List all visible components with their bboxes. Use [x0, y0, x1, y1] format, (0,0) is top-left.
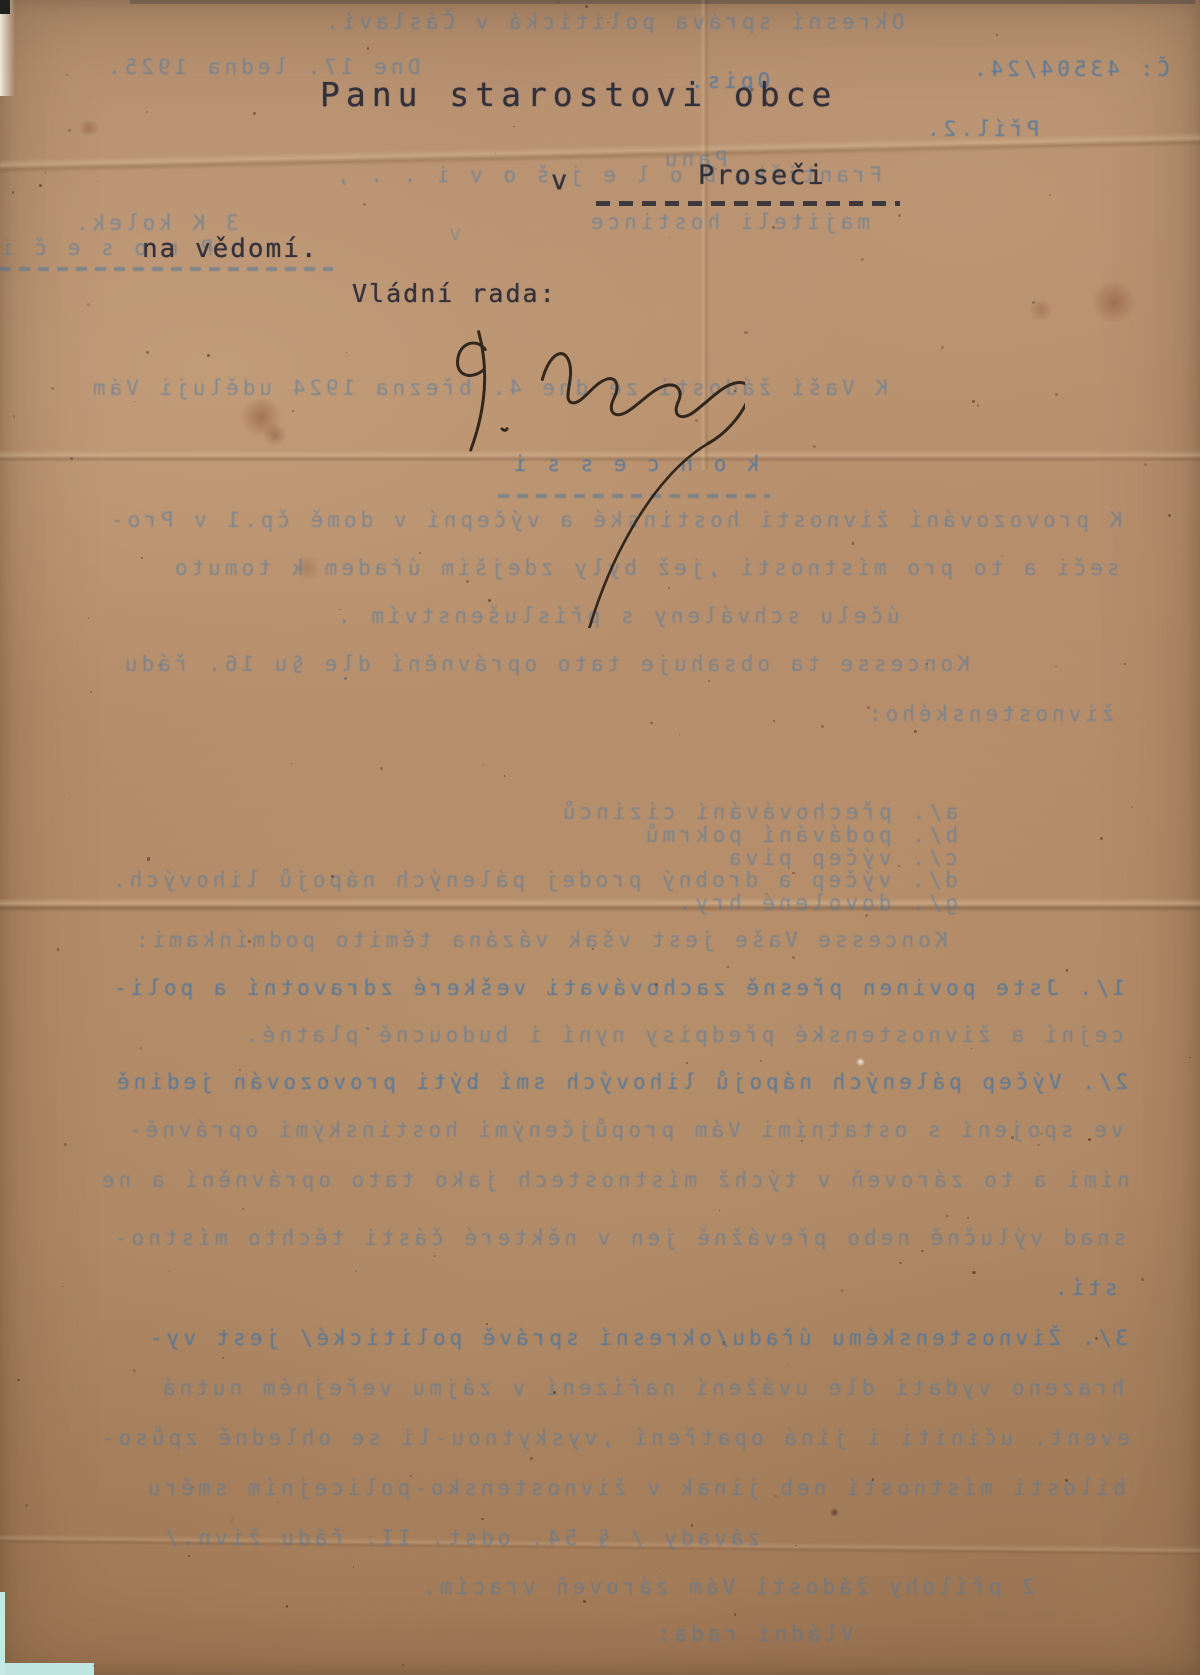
bleedthrough-line-cond2-line2: ve spojení s ostatními Vám propůjčenými …	[125, 1118, 1124, 1142]
bleedthrough-line-par2-line2: živnostenského:	[865, 702, 1115, 726]
bleedthrough-line-cond2-line1: 2/. Výčep pálených nápojů lihových smí b…	[113, 1070, 1128, 1094]
bleedthrough-line-cond3-line4: bilosti místností neb jinak v živnostens…	[144, 1476, 1126, 1500]
bleedthrough-line-cond1-line2: cejní a živnostenské předpisy nyní i bud…	[242, 1023, 1124, 1047]
bleedthrough-line-signer-title-back: Vládní rada:	[654, 1622, 854, 1646]
bleedthrough-line-addressee-occupation: majiteli hostince	[587, 210, 870, 234]
bleedthrough-line-item-d: d/. výčep a drobný prodej pálených nápoj…	[109, 868, 958, 892]
bleedthrough-line-cond3-line3: event. učiniti i jiná opatření ,vyskytno…	[98, 1426, 1130, 1450]
handwritten-signature	[425, 298, 745, 628]
bleedthrough-line-enclosures: Příl.2.	[923, 117, 1040, 141]
recipient-line: Panu starostovi obce	[320, 78, 837, 111]
bleedthrough-line-closing-line: 2 přílohy žádosti Vám zároveň vracím.	[419, 1575, 1035, 1599]
dashed-underline-place	[596, 201, 900, 206]
bleedthrough-line-cond2-line4: snad výlučně nebo převážně jen v některé…	[111, 1226, 1126, 1250]
bleedthrough-line-ref-number: Č: 43504/24.	[970, 57, 1170, 81]
bleedthrough-line-office-header: Okresní správa politická v Čáslavi.	[322, 10, 905, 34]
bleedthrough-line-address-preposition: v	[445, 221, 462, 245]
bleedthrough-line-cond1-line1: 1/. Jste povinen přesně zachovávati vešk…	[110, 976, 1125, 1000]
bleedthrough-line-par2-line1: Koncesse ta obsahuje tato oprávnění dle …	[121, 652, 970, 676]
place-preposition: v	[551, 167, 567, 194]
bleedthrough-line-conditions-intro: Koncesse Vaše jest však vázána těmito po…	[132, 928, 948, 952]
place-name: Proseči	[698, 162, 826, 189]
bleedthrough-line-cond3-ref: závady / § 54. odst. II. řádu živn./	[161, 1526, 760, 1550]
bleedthrough-line-cond2-line5: stí.	[1051, 1276, 1118, 1300]
bleedthrough-line-item-b: b/. podávání pokrmů	[642, 823, 958, 847]
bleedthrough-line-stamp-note: 3 K kolek.	[72, 211, 238, 235]
bleedthrough-line-item-a: a/. přechovávání cizinců	[559, 800, 958, 824]
bleedthrough-line-item-g: g/. dovolené hry.	[675, 891, 958, 915]
dashed-underline-address	[0, 267, 333, 271]
bleedthrough-line-cond3-line1: 3/. Živnostenskému úřadu/okresní správě …	[146, 1326, 1128, 1350]
bleedthrough-line-cond2-line3: ními a to zároveň v týchž místnostech ja…	[98, 1168, 1130, 1192]
bleedthrough-line-item-c: c/. výčep piva	[725, 846, 958, 870]
note-na-vedomi: na vědomí.	[142, 236, 319, 262]
bleedthrough-line-cond3-line2: hrazeno vydati dle uvážení nařízení v zá…	[159, 1376, 1124, 1400]
